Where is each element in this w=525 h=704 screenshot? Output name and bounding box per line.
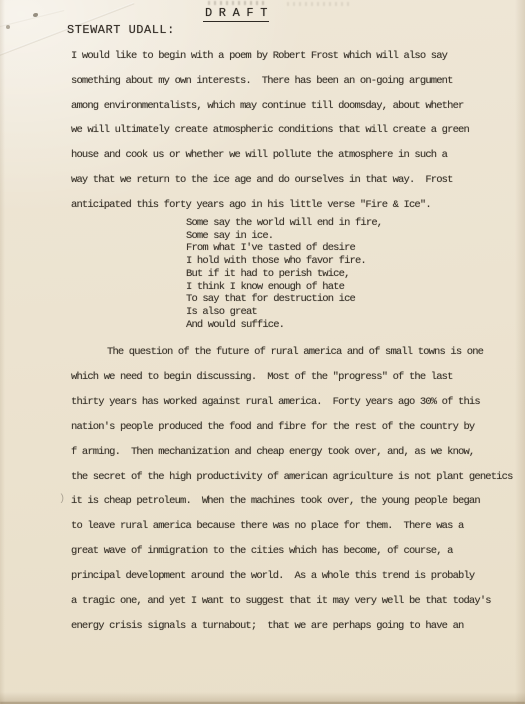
text-line: it is cheap petroleum. When the machines…	[71, 489, 513, 514]
stray-mark: )	[59, 494, 65, 505]
page-edge-shadow	[0, 0, 5, 704]
text-line: anticipated this forty years ago in his …	[71, 193, 469, 218]
poem-line: Some say the world will end in fire,	[186, 217, 382, 230]
draft-title: D R A F T	[203, 6, 269, 22]
poem-line: From what I've tasted of desire	[186, 242, 382, 255]
text-line: the secret of the high productivity of a…	[71, 465, 513, 490]
poem-line: And would suffice.	[186, 319, 382, 332]
text-line: principal development around the world. …	[71, 564, 513, 589]
text-line: a tragic one, and yet I want to suggest …	[71, 589, 513, 614]
text-line: which we need to begin discussing. Most …	[71, 365, 513, 390]
poem-line: I think I know enough of hate	[186, 281, 382, 294]
poem-line: To say that for destruction ice	[186, 293, 382, 306]
paper-speck	[6, 25, 10, 29]
text-line: great wave of inmigration to the cities …	[71, 539, 513, 564]
text-line: we will ultimately create atmospheric co…	[71, 118, 469, 143]
poem-block: Some say the world will end in fire, Som…	[186, 217, 382, 331]
text-line: way that we return to the ice age and do…	[71, 168, 469, 193]
poem-line: But if it had to perish twice,	[186, 268, 382, 281]
document-page: D R A F T STEWART UDALL: I would like to…	[0, 0, 525, 704]
text-line: among environmentalists, which may conti…	[71, 94, 469, 119]
ink-smudge	[287, 2, 351, 6]
poem-line: Some say in ice.	[186, 230, 382, 243]
page-edge-shadow	[515, 0, 525, 704]
text-line: house and cook us or whether we will pol…	[71, 143, 469, 168]
paragraph-1: I would like to begin with a poem by Rob…	[71, 44, 469, 218]
text-line: nation's people produced the food and fi…	[71, 415, 513, 440]
poem-line: Is also great	[186, 306, 382, 319]
text-line: f arming. Then mechanization and cheap e…	[71, 440, 513, 465]
fold-crease	[0, 9, 64, 27]
text-line: thirty years has worked against rural am…	[71, 390, 513, 415]
text-line: to leave rural america because there was…	[71, 514, 513, 539]
text-line: energy crisis signals a turnabout; that …	[71, 614, 513, 639]
text-line: something about my own interests. There …	[71, 69, 469, 94]
ink-smudge	[208, 1, 266, 5]
speaker-name: STEWART UDALL:	[67, 23, 175, 37]
text-line: I would like to begin with a poem by Rob…	[71, 44, 469, 69]
poem-line: I hold with those who favor fire.	[186, 255, 382, 268]
paragraph-2: The question of the future of rural amer…	[71, 340, 513, 639]
text-line: The question of the future of rural amer…	[71, 340, 513, 365]
